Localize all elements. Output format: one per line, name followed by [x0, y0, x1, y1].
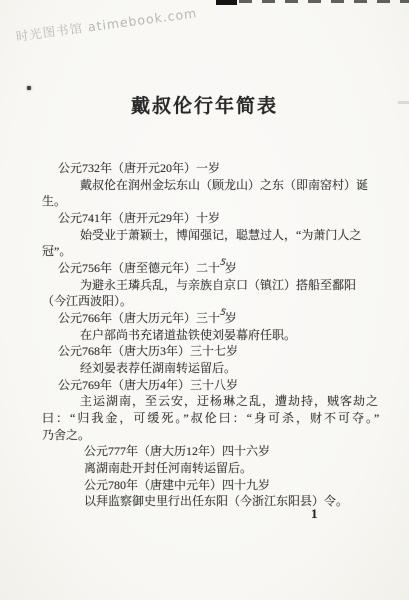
scan-edge-dashes [216, 0, 409, 3]
timeline-detail-769-cont: 曰：“归我金，可缓死。”叔伦曰：“身可杀，财不可夺。” [42, 411, 381, 425]
timeline-detail-756: 为避永王璘兵乱，与亲族自京口（镇江）搭船至鄱阳 [80, 278, 356, 292]
timeline-entry-766: 公元766年（唐大历元年）三十5岁 [58, 311, 237, 327]
page-title: 戴叔伦行年简表 [0, 91, 409, 118]
timeline-detail-732-cont: 生。 [42, 194, 66, 208]
timeline-detail-732: 戴叔伦在润州金坛东山（顾龙山）之东（即南窑村）诞 [80, 178, 368, 192]
timeline-detail-741-cont: 冠”。 [42, 244, 71, 258]
timeline-detail-780: 以拜监察御史里行出任东阳（今浙江东阳县）令。 [84, 494, 348, 508]
page-number: 1 [311, 506, 318, 522]
entry-756-suffix: 岁 [225, 261, 237, 275]
timeline-detail-769: 主运湖南，至云安，迂杨琳之乱，遭劫持，贼客劫之 [80, 394, 379, 408]
timeline-detail-777: 离湖南赴开封任河南转运留后。 [84, 461, 252, 475]
timeline-entry-780: 公元780年（唐建中元年）四十九岁 [84, 478, 270, 492]
entry-756-text: 公元756年（唐至德元年）二十 [58, 261, 220, 275]
timeline-detail-766: 在户部尚书充诸道盐铁使刘晏幕府任职。 [80, 328, 296, 342]
timeline-entry-741: 公元741年（唐开元29年）十岁 [58, 211, 220, 225]
watermark: 时光图书馆 atimebook.com [15, 0, 245, 45]
title-bullet-dot [27, 86, 31, 90]
timeline-detail-769-end: 乃舍之。 [42, 428, 90, 442]
timeline-entry-768: 公元768年（唐大历3年）三十七岁 [58, 344, 238, 358]
timeline-entry-777: 公元777年（唐大历12年）四十六岁 [84, 444, 270, 458]
timeline-entry-756: 公元756年（唐至德元年）二十5岁 [58, 261, 237, 277]
timeline-entry-732: 公元732年（唐开元20年）一岁 [58, 161, 220, 175]
book-page: 时光图书馆 atimebook.com 戴叔伦行年简表 公元732年（唐开元20… [0, 0, 409, 600]
timeline-entry-769: 公元769年（唐大历4年）三十八岁 [58, 378, 238, 392]
entry-766-suffix: 岁 [225, 311, 237, 325]
timeline-detail-741: 始受业于萧颖士，博闻强记，聪慧过人，“为萧门人之 [80, 228, 361, 242]
timeline-detail-756-cont: （今江西波阳）。 [42, 294, 132, 308]
entry-766-text: 公元766年（唐大历元年）三十 [58, 311, 220, 325]
timeline-detail-768: 经刘晏表荐任湖南转运留后。 [80, 361, 236, 375]
